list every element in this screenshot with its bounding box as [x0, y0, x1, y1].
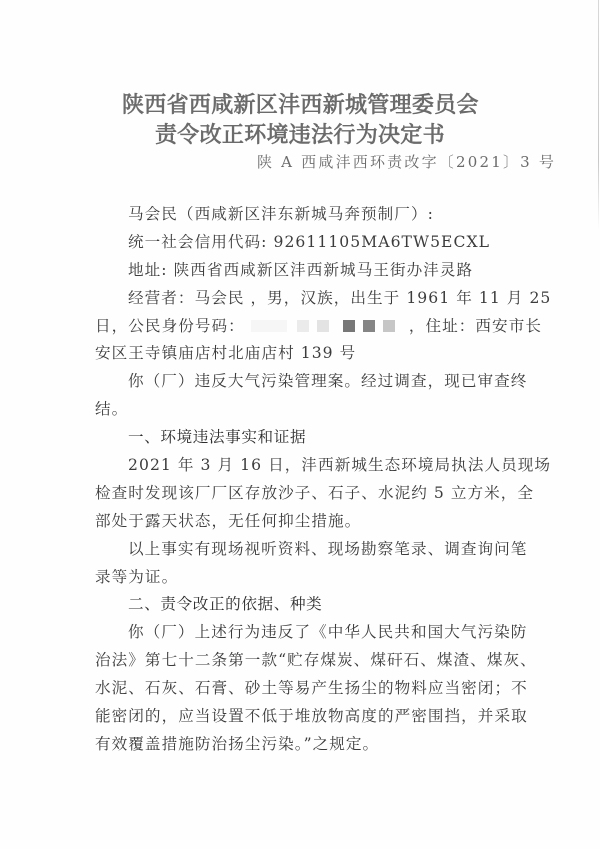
redaction-block: [297, 320, 309, 332]
evidence-line: 录等为证。: [95, 564, 515, 592]
address-label: 地址:: [128, 261, 168, 279]
id-number-label: 日，公民身份号码：: [95, 317, 245, 335]
document-number: 陕 A 西咸沣西环责改字〔2021〕3 号: [257, 152, 556, 172]
operator-line-1: 经营者：马会民 ，男，汉族，出生于 1961 年 11 月 25: [95, 285, 515, 313]
redaction-block: [383, 320, 395, 332]
document-title-line-2: 责令改正环境违法行为决定书: [155, 121, 600, 151]
operator-line-3: 安区王寺镇庙店村北庙店村 139 号: [95, 340, 515, 368]
recipient-name: 马会民（西咸新区沣东新城马奔预制厂）:: [95, 201, 515, 229]
evidence-line: 以上事实有现场视听资料、现场勘察笔录、调查询问笔: [95, 536, 515, 564]
home-address-prefix: ，住址：西安市长: [409, 317, 542, 335]
credit-code-line: 统一社会信用代码: 92611105MA6TW5ECXL: [95, 229, 515, 257]
document-title-line-1: 陕西省西咸新区沣西新城管理委员会: [122, 91, 600, 121]
section-2-line: 有效覆盖措施防治扬尘污染。”之规定。: [95, 731, 515, 759]
credit-code-label: 统一社会信用代码:: [128, 233, 267, 251]
redaction-block: [343, 320, 355, 332]
redaction-block: [251, 320, 287, 332]
intro-line-2: 结。: [95, 396, 515, 424]
address-value: 陕西省西咸新区沣西新城马王街办沣灵路: [174, 261, 474, 279]
intro-line-1: 你（厂）违反大气污染管理案。经过调查，现已审查终: [95, 368, 515, 396]
section-1-line: 检查时发现该厂厂区存放沙子、石子、水泥约 5 立方米，全: [95, 480, 515, 508]
credit-code-value: 92611105MA6TW5ECXL: [273, 233, 490, 251]
redaction-block: [317, 320, 329, 332]
document-body: 马会民（西咸新区沣东新城马奔预制厂）: 统一社会信用代码: 92611105MA…: [95, 201, 515, 759]
id-number-redaction: [251, 317, 409, 335]
section-1-line: 部处于露天状态，无任何抑尘措施。: [95, 508, 515, 536]
section-2-line: 治法》第七十二条第一款“贮存煤炭、煤矸石、煤渣、煤灰、: [95, 647, 515, 675]
operator-line-2: 日，公民身份号码： ，住址：西安市长: [95, 313, 515, 341]
section-2-line: 你（厂）上述行为违反了《中华人民共和国大气污染防: [95, 619, 515, 647]
section-1-heading: 一、环境违法事实和证据: [95, 424, 515, 452]
address-line: 地址: 陕西省西咸新区沣西新城马王街办沣灵路: [95, 257, 515, 285]
section-2-line: 能密闭的，应当设置不低于堆放物高度的严密围挡，并采取: [95, 703, 515, 731]
section-2-line: 水泥、石灰、石膏、砂土等易产生扬尘的物料应当密闭；不: [95, 675, 515, 703]
section-1-line: 2021 年 3 月 16 日，沣西新城生态环境局执法人员现场: [95, 452, 515, 480]
redaction-block: [363, 320, 375, 332]
section-2-heading: 二、责令改正的依据、种类: [95, 591, 515, 619]
